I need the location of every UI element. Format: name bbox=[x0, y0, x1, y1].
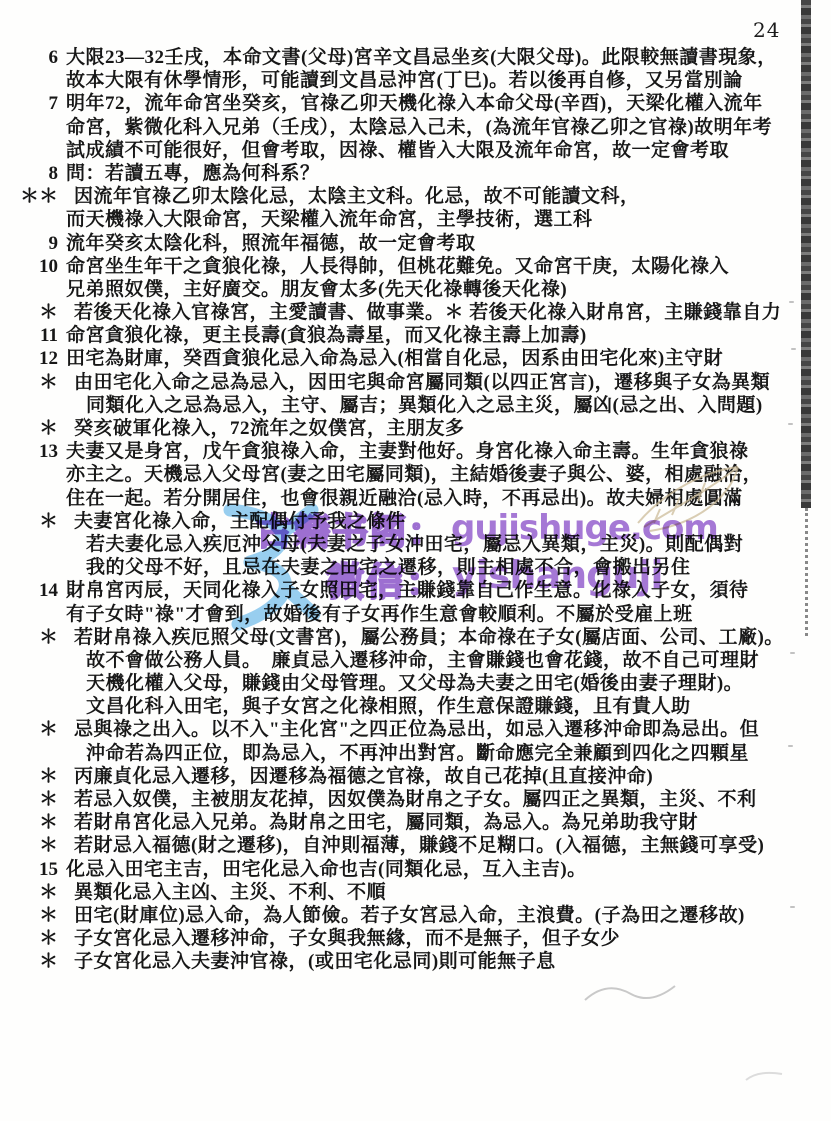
text-line: ＊子女宮化忌入夫妻沖官祿，(或田宅化忌同)則可能無子息 bbox=[0, 950, 810, 973]
line-marker: 15 bbox=[0, 858, 58, 881]
line-marker: ＊＊ bbox=[0, 185, 58, 208]
text-line: 12田宅為財庫，癸酉貪狼化忌入命為忌入(相當自化忌，因系由田宅化來)主守財 bbox=[0, 347, 810, 370]
line-marker: ＊ bbox=[0, 881, 58, 904]
text-line: 15化忌入田宅主吉，田宅化忌入命也吉(同類化忌，互入主吉)。 bbox=[0, 858, 810, 881]
line-text: 若忌入奴僕，主被朋友花掉，因奴僕為財帛之子女。屬四正之異類，主災、不利 bbox=[74, 789, 757, 810]
text-line: ＊忌與祿之出入。以不入"主化宮"之四正位為忌出，如忌入遷移沖命即為忌出。但 bbox=[0, 718, 810, 741]
scan-speck bbox=[788, 745, 793, 747]
line-text: 試成績不可能很好，但會考取，因祿、權皆入大限及流年命宮，故一定會考取 bbox=[66, 140, 729, 161]
line-marker: 11 bbox=[0, 324, 58, 347]
line-text: 丙廉貞化忌入遷移，因遷移為福德之官祿，故自己花掉(且直接沖命) bbox=[74, 766, 653, 787]
scan-speck bbox=[788, 423, 793, 425]
text-line: 兄弟照奴僕，主好廣交。朋友會太多(先天化祿轉後天化祿) bbox=[0, 278, 810, 301]
line-marker: ＊ bbox=[0, 626, 58, 649]
line-text: 我的父母不好，且忌在夫妻之田宅之遷移，則主相處不合，會搬出另住 bbox=[86, 557, 691, 578]
text-line: 7明年72，流年命宮坐癸亥，官祿乙卯天機化祿入本命父母(辛酉)，天梁化權入流年 bbox=[0, 92, 810, 115]
line-marker: ＊ bbox=[0, 765, 58, 788]
line-text: 因流年官祿乙卯太陰化忌，太陰主文科。化忌，故不可能讀文科， bbox=[74, 186, 640, 207]
line-text: 化忌入田宅主吉，田宅化忌入命也吉(同類化忌，互入主吉)。 bbox=[66, 859, 587, 880]
line-text: 子女宮化忌入遷移沖命，子女與我無緣，而不是無子，但子女少 bbox=[74, 928, 620, 949]
line-marker: ＊ bbox=[0, 811, 58, 834]
line-text: 天機化權入父母，賺錢由父母管理。又父母為夫妻之田宅(婚後由妻子理財)。 bbox=[86, 673, 743, 694]
line-marker: ＊ bbox=[0, 371, 58, 394]
line-text: 流年癸亥太陰化科，照流年福德，故一定會考取 bbox=[66, 233, 476, 254]
text-line: 11命宮貪狼化祿，更主長壽(貪狼為壽星，而又化祿主壽上加壽) bbox=[0, 324, 810, 347]
line-marker: ＊ bbox=[0, 834, 58, 857]
line-text: 有子女時"祿"才會到，故婚後有子女再作生意會較順利。不屬於受雇上班 bbox=[66, 604, 693, 625]
line-text: 若後天化祿入官祿宮，主愛讀書、做事業。＊ 若後天化祿入財帛宮，主賺錢靠自力 bbox=[74, 302, 781, 323]
line-marker: 6 bbox=[0, 46, 58, 69]
page-number: 24 bbox=[753, 18, 780, 42]
scan-speck bbox=[790, 652, 795, 654]
text-line: 14財帛宮丙辰，天同化祿入子女照田宅，主賺錢靠自己作生意。化祿入子女，須待 bbox=[0, 579, 810, 602]
text-line: 故不會做公務人員。 廉貞忌入遷移沖命，主會賺錢也會花錢，故不自己可理財 bbox=[0, 649, 810, 672]
line-marker: ＊ bbox=[0, 904, 58, 927]
line-text: 田宅(財庫位)忌入命，為人節儉。若子女宮忌入命，主浪費。(子為田之遷移故) bbox=[74, 905, 745, 926]
text-line: 10命宮坐生年干之貪狼化祿，人長得帥，但桃花難免。又命宮干庚，太陽化祿入 bbox=[0, 255, 810, 278]
text-line: 13夫妻又是身宮，戊午貪狼祿入命，主妻對他好。身宮化祿入命主壽。生年貪狼祿 bbox=[0, 440, 810, 463]
line-text: 子女宮化忌入夫妻沖官祿，(或田宅化忌同)則可能無子息 bbox=[74, 951, 556, 972]
binding-dotted-strip bbox=[805, 508, 808, 636]
text-line: 8問：若讀五專，應為何科系？ bbox=[0, 162, 810, 185]
text-line: 我的父母不好，且忌在夫妻之田宅之遷移，則主相處不合，會搬出另住 bbox=[0, 556, 810, 579]
text-line: ＊田宅(財庫位)忌入命，為人節儉。若子女宮忌入命，主浪費。(子為田之遷移故) bbox=[0, 904, 810, 927]
line-text: 命宮，紫微化科入兄弟（壬戌），太陰忌入己未，(為流年官祿乙卯之官祿)故明年考 bbox=[66, 117, 772, 138]
line-marker: ＊ bbox=[0, 718, 58, 741]
logo-swirl-icon bbox=[216, 496, 324, 634]
text-line: ＊若財帛祿入疾厄照父母(文書宮)，屬公務員；本命祿在子女(屬店面、公司、工廠)。 bbox=[0, 626, 810, 649]
text-line: ＊若財忌入福德(財之遷移)，自沖則福薄，賺錢不足糊口。(入福德，主無錢可享受) bbox=[0, 834, 810, 857]
scan-speck bbox=[789, 301, 794, 303]
text-line: ＊癸亥破軍化祿入，72流年之奴僕宮，主朋友多 bbox=[0, 417, 810, 440]
line-text: 命宮坐生年干之貪狼化祿，人長得帥，但桃花難免。又命宮干庚，太陽化祿入 bbox=[66, 256, 729, 277]
text-line: 天機化權入父母，賺錢由父母管理。又父母為夫妻之田宅(婚後由妻子理財)。 bbox=[0, 672, 810, 695]
line-text: 夫妻又是身宮，戊午貪狼祿入命，主妻對他好。身宮化祿入命主壽。生年貪狼祿 bbox=[66, 441, 749, 462]
line-text: 明年72，流年命宮坐癸亥，官祿乙卯天機化祿入本命父母(辛酉)，天梁化權入流年 bbox=[66, 93, 763, 114]
line-text: 忌與祿之出入。以不入"主化宮"之四正位為忌出，如忌入遷移沖命即為忌出。但 bbox=[74, 719, 759, 740]
line-text: 故本大限有休學情形，可能讀到文昌忌沖宮(丁巳)。若以後再自修，又另當別論 bbox=[66, 70, 743, 91]
line-text: 癸亥破軍化祿入，72流年之奴僕宮，主朋友多 bbox=[74, 418, 465, 439]
line-text: 同類化入之忌為忌入，主守、屬吉；異類化入之忌主災，屬凶(忌之出、入問題) bbox=[86, 395, 763, 416]
line-text: 若財帛祿入疾厄照父母(文書宮)，屬公務員；本命祿在子女(屬店面、公司、工廠)。 bbox=[74, 627, 784, 648]
line-marker: ＊ bbox=[0, 301, 58, 324]
pencil-scribble bbox=[744, 1068, 784, 1084]
line-marker: ＊ bbox=[0, 417, 58, 440]
text-line: 試成績不可能很好，但會考取，因祿、權皆入大限及流年命宮，故一定會考取 bbox=[0, 139, 810, 162]
line-marker: 10 bbox=[0, 255, 58, 278]
text-line: ＊丙廉貞化忌入遷移，因遷移為福德之官祿，故自己花掉(且直接沖命) bbox=[0, 765, 810, 788]
pencil-scribble bbox=[583, 980, 678, 1008]
text-line: ＊若財帛宮化忌入兄弟。為財帛之田宅，屬同類，為忌入。為兄弟助我守財 bbox=[0, 811, 810, 834]
line-text: 兄弟照奴僕，主好廣交。朋友會太多(先天化祿轉後天化祿) bbox=[66, 279, 567, 300]
line-text: 財帛宮丙辰，天同化祿入子女照田宅，主賺錢靠自己作生意。化祿入子女，須待 bbox=[66, 580, 749, 601]
text-line: 同類化入之忌為忌入，主守、屬吉；異類化入之忌主災，屬凶(忌之出、入問題) bbox=[0, 394, 810, 417]
line-marker: ＊ bbox=[0, 788, 58, 811]
text-line: 沖命若為四正位，即為忌入，不再沖出對宮。斷命應完全兼顧到四化之四顆星 bbox=[0, 742, 810, 765]
text-line: 而天機祿入大限命宮，天梁權入流年命宮，主學技術，選工科 bbox=[0, 208, 810, 231]
text-line: ＊若忌入奴僕，主被朋友花掉，因奴僕為財帛之子女。屬四正之異類，主災、不利 bbox=[0, 788, 810, 811]
text-line: 有子女時"祿"才會到，故婚後有子女再作生意會較順利。不屬於受雇上班 bbox=[0, 603, 810, 626]
line-text: 異類化忌入主凶、主災、不利、不順 bbox=[74, 882, 386, 903]
line-marker: ＊ bbox=[0, 927, 58, 950]
text-line: 9流年癸亥太陰化科，照流年福德，故一定會考取 bbox=[0, 232, 810, 255]
line-text: 若財帛宮化忌入兄弟。為財帛之田宅，屬同類，為忌入。為兄弟助我守財 bbox=[74, 812, 698, 833]
line-marker: 7 bbox=[0, 92, 58, 115]
line-text: 田宅為財庫，癸酉貪狼化忌入命為忌入(相當自化忌，因系由田宅化來)主守財 bbox=[66, 348, 723, 369]
text-line: 命宮，紫微化科入兄弟（壬戌），太陰忌入己未，(為流年官祿乙卯之官祿)故明年考 bbox=[0, 116, 810, 139]
line-text: 問：若讀五專，應為何科系？ bbox=[66, 163, 320, 184]
line-marker: 14 bbox=[0, 579, 58, 602]
line-marker: 12 bbox=[0, 347, 58, 370]
text-line: ＊子女宮化忌入遷移沖命，子女與我無緣，而不是無子，但子女少 bbox=[0, 927, 810, 950]
line-text: 而天機祿入大限命宮，天梁權入流年命宮，主學技術，選工科 bbox=[66, 209, 593, 230]
line-text: 故不會做公務人員。 廉貞忌入遷移沖命，主會賺錢也會花錢，故不自己可理財 bbox=[86, 650, 759, 671]
line-marker: 9 bbox=[0, 232, 58, 255]
text-line: ＊＊因流年官祿乙卯太陰化忌，太陰主文科。化忌，故不可能讀文科， bbox=[0, 185, 810, 208]
line-text: 文昌化科入田宅，與子女宮之化祿相照，作生意保證賺錢，且有貴人助 bbox=[86, 696, 691, 717]
line-marker: ＊ bbox=[0, 510, 58, 533]
line-marker: 13 bbox=[0, 440, 58, 463]
line-text: 大限23—32壬戌，本命文書(父母)宮辛文昌忌坐亥(大限父母)。此限較無讀書現象… bbox=[66, 47, 777, 68]
scan-speck bbox=[791, 348, 796, 350]
line-marker: 8 bbox=[0, 162, 58, 185]
line-text: 若財忌入福德(財之遷移)，自沖則福薄，賺錢不足糊口。(入福德，主無錢可享受) bbox=[74, 835, 764, 856]
scanned-book-page: 24 6大限23—32壬戌，本命文書(父母)宮辛文昌忌坐亥(大限父母)。此限較無… bbox=[0, 0, 831, 1121]
text-line: 故本大限有休學情形，可能讀到文昌忌沖宮(丁巳)。若以後再自修，又另當別論 bbox=[0, 69, 810, 92]
scan-speck bbox=[790, 906, 795, 908]
text-line: ＊若後天化祿入官祿宮，主愛讀書、做事業。＊ 若後天化祿入財帛宮，主賺錢靠自力 bbox=[0, 301, 810, 324]
line-marker: ＊ bbox=[0, 950, 58, 973]
leaf-sketch-icon bbox=[610, 461, 745, 539]
line-text: 命宮貪狼化祿，更主長壽(貪狼為壽星，而又化祿主壽上加壽) bbox=[66, 325, 587, 346]
binding-strip bbox=[801, 0, 811, 508]
line-text: 由田宅化入命之忌為忌入，因田宅與命宮屬同類(以四正宮言)，遷移與子女為異類 bbox=[74, 372, 770, 393]
text-line: ＊由田宅化入命之忌為忌入，因田宅與命宮屬同類(以四正宮言)，遷移與子女為異類 bbox=[0, 371, 810, 394]
text-line: 6大限23—32壬戌，本命文書(父母)宮辛文昌忌坐亥(大限父母)。此限較無讀書現… bbox=[0, 46, 810, 69]
text-line: ＊異類化忌入主凶、主災、不利、不順 bbox=[0, 881, 810, 904]
text-line: 文昌化科入田宅，與子女宮之化祿相照，作生意保證賺錢，且有貴人助 bbox=[0, 695, 810, 718]
line-text: 沖命若為四正位，即為忌入，不再沖出對宮。斷命應完全兼顧到四化之四顆星 bbox=[86, 743, 749, 764]
